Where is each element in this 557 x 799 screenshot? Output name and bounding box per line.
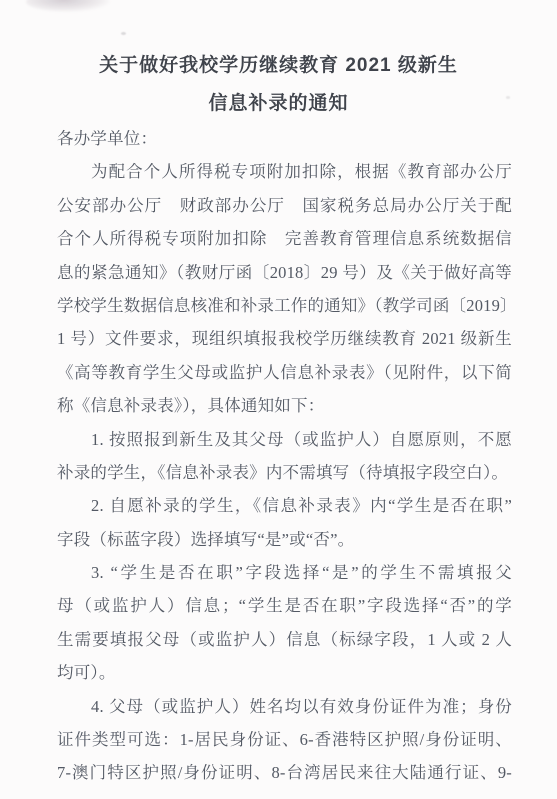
scan-artifact-speck [506, 96, 510, 99]
scan-artifact-speck [121, 32, 126, 35]
text-line: 为配合个人所得税专项附加扣除，根据《教育部办公厅 [57, 155, 512, 188]
text-line: 补录的学生，《信息补录表》内不需填写（待填报字段空白）。 [57, 456, 512, 489]
text-line: 息的紧急通知》（教财厅函〔2018〕29 号）及《关于做好高等 [57, 256, 512, 289]
salutation: 各办学单位： [57, 122, 512, 155]
text-line: 1. 按照报到新生及其父母（或监护人）自愿原则，不愿 [57, 423, 512, 456]
text-line: 生需要填报父母（或监护人）信息（标绿字段，1 人或 2 人 [57, 623, 512, 656]
intro-paragraph: 为配合个人所得税专项附加扣除，根据《教育部办公厅公安部办公厅 财政部办公厅 国家… [57, 155, 512, 422]
text-line: 7-澳门特区护照/身份证明、8-台湾居民来往大陆通行证、9- [57, 756, 512, 789]
text-line: 学校学生数据信息核准和补录工作的通知》（教学司函〔2019〕 [57, 289, 512, 322]
text-line: 合个人所得税专项附加扣除 完善教育管理信息系统数据信 [57, 222, 512, 255]
item-3: 3. “学生是否在职”字段选择“是”的学生不需填报父母（或监护人）信息；“学生是… [57, 556, 512, 690]
document-body: 各办学单位：为配合个人所得税专项附加扣除，根据《教育部办公厅公安部办公厅 财政部… [57, 122, 512, 790]
text-line: 2. 自愿补录的学生，《信息补录表》内“学生是否在职” [57, 489, 512, 522]
text-line: 公安部办公厅 财政部办公厅 国家税务总局办公厅关于配 [57, 189, 512, 222]
text-line: 1 号）文件要求，现组织填报我校学历继续教育 2021 级新生 [57, 322, 512, 355]
item-2: 2. 自愿补录的学生，《信息补录表》内“学生是否在职”字段（标蓝字段）选择填写“… [57, 489, 512, 556]
notice-title-line-1: 关于做好我校学历继续教育 2021 级新生 [51, 47, 506, 85]
document-page: 关于做好我校学历继续教育 2021 级新生 信息补录的通知 各办学单位：为配合个… [0, 0, 557, 799]
text-line: 4. 父母（或监护人）姓名均以有效身份证件为准；身份 [57, 690, 512, 723]
text-line: 证件类型可选：1-居民身份证、6-香港特区护照/身份证明、 [57, 723, 512, 756]
text-line: 称《信息补录表》），具体通知如下： [57, 389, 512, 422]
item-4: 4. 父母（或监护人）姓名均以有效身份证件为准；身份证件类型可选：1-居民身份证… [57, 690, 512, 790]
text-line: 均可）。 [57, 656, 512, 689]
scan-artifact-smudge [26, 0, 110, 12]
text-line: 各办学单位： [57, 122, 512, 155]
text-line: 字段（标蓝字段）选择填写“是”或“否”。 [57, 523, 512, 556]
text-line: 母（或监护人）信息；“学生是否在职”字段选择“否”的学 [57, 589, 512, 622]
notice-title-line-2: 信息补录的通知 [51, 85, 506, 123]
item-1: 1. 按照报到新生及其父母（或监护人）自愿原则，不愿补录的学生，《信息补录表》内… [57, 423, 512, 490]
text-line: 《高等教育学生父母或监护人信息补录表》（见附件，以下简 [57, 356, 512, 389]
notice-title: 关于做好我校学历继续教育 2021 级新生 信息补录的通知 [51, 47, 506, 123]
text-line: 3. “学生是否在职”字段选择“是”的学生不需填报父 [57, 556, 512, 589]
